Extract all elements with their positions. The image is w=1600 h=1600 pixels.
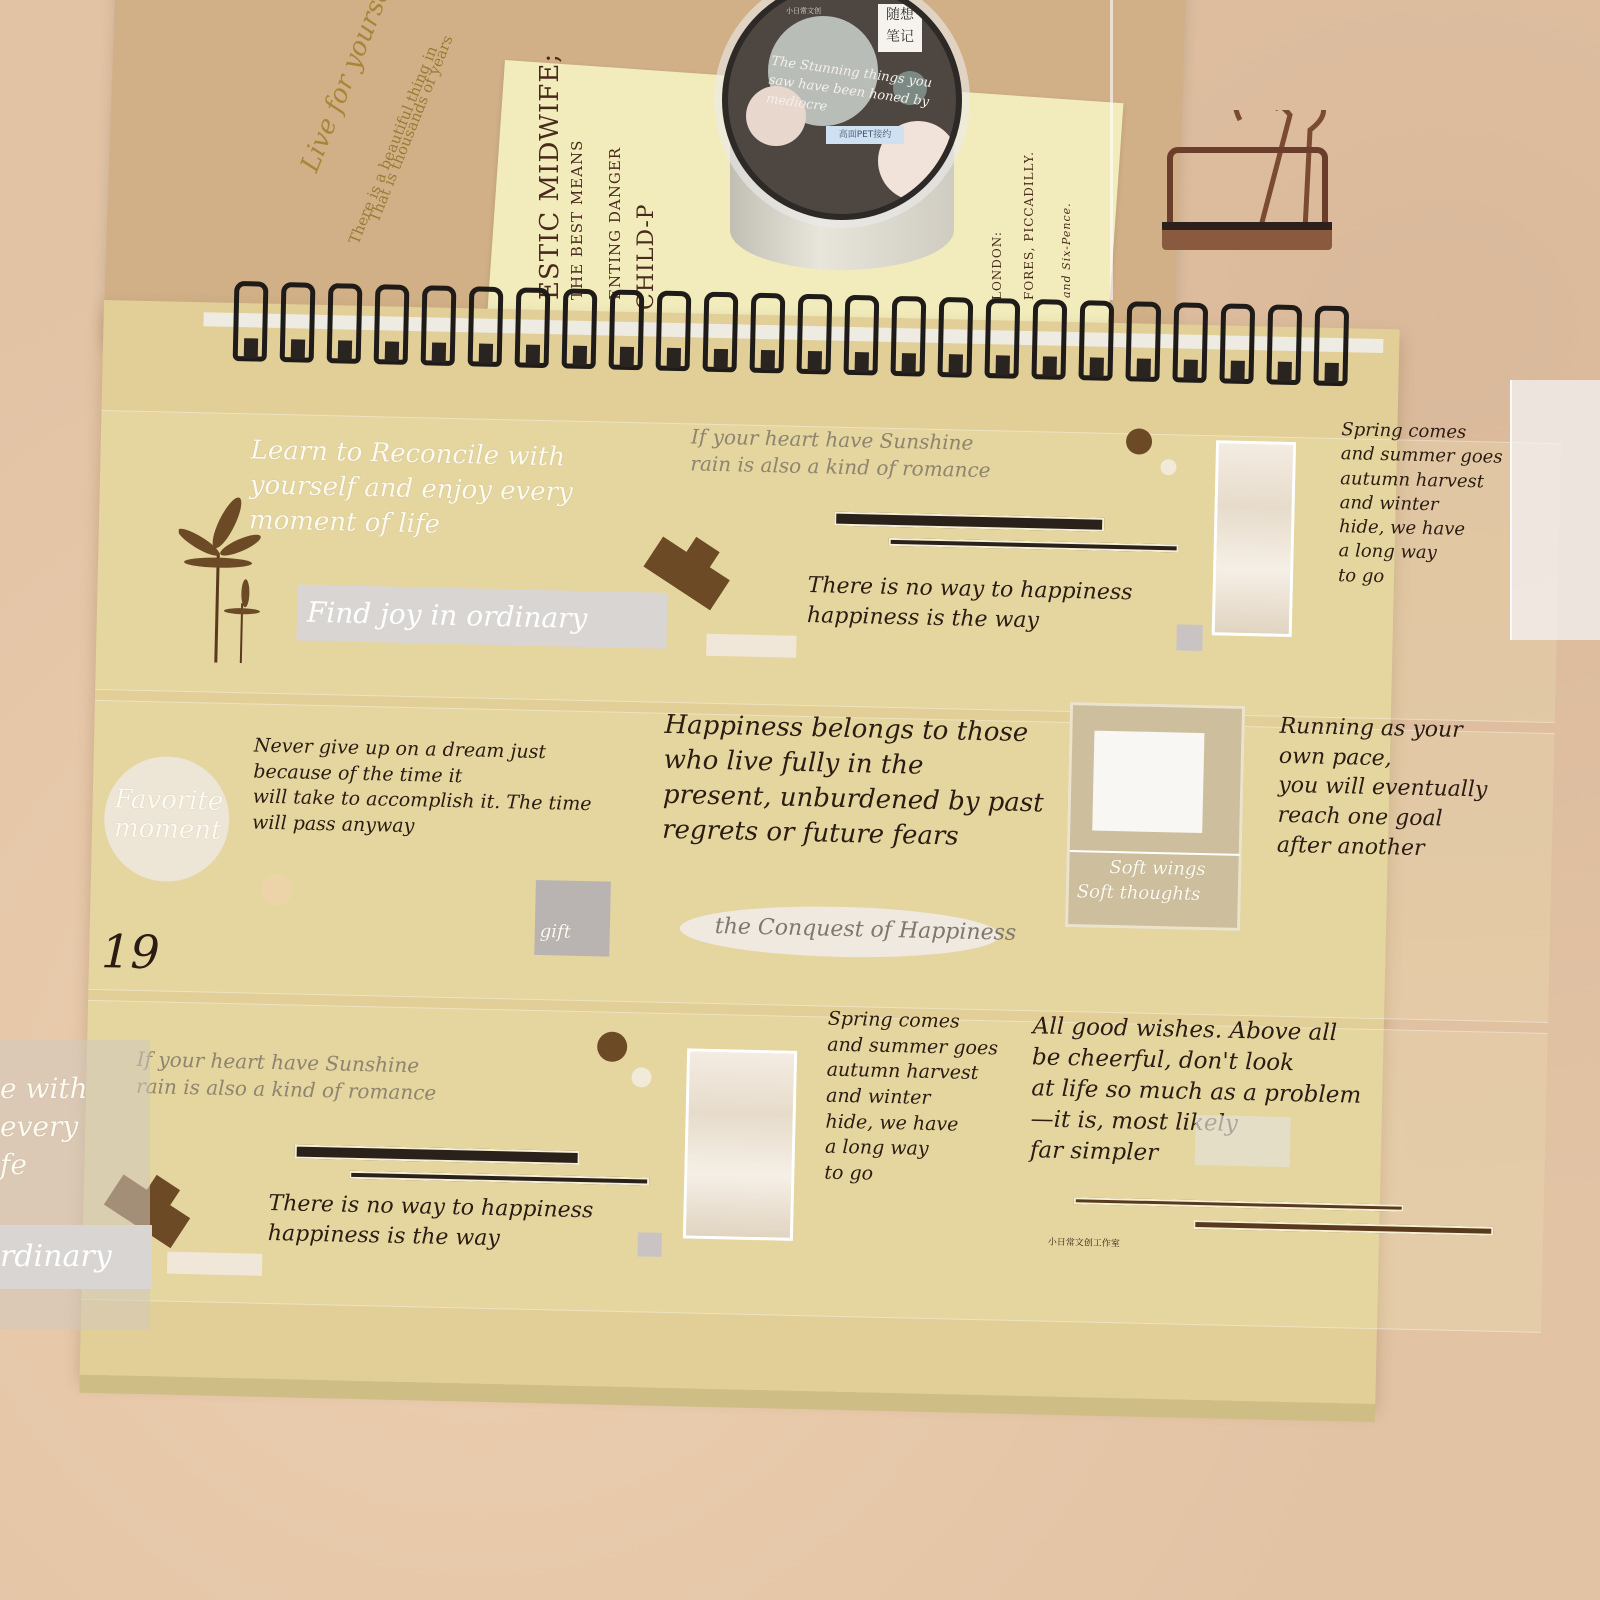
number-nineteen: 19 <box>101 920 161 983</box>
coil-icon <box>797 294 833 375</box>
coil-icon <box>233 281 269 362</box>
coil-icon <box>843 295 879 376</box>
coil-icon <box>609 289 645 370</box>
gift-box-sticker: gift <box>534 880 611 957</box>
card-line-best-means: THE BEST MEANS <box>568 140 586 300</box>
decor-dot <box>898 0 906 2</box>
spring-sticker-row3: Spring comes and summer goes autumn harv… <box>824 1007 999 1190</box>
washi-tape-roll: 小日常文创 随想 笔记 The Stunning things you saw … <box>722 0 962 270</box>
spring-sticker: Spring comes and summer goes autumn harv… <box>1338 418 1504 592</box>
spiral-notebook: Learn to Reconcile with yourself and enj… <box>80 300 1400 1404</box>
card-line-sixpence: and Six-Pence. <box>1060 202 1073 298</box>
coil-icon <box>1172 302 1208 383</box>
left-overflow-text: e with every fe <box>0 1070 88 1183</box>
coil-icon <box>750 293 786 374</box>
coil-icon <box>656 291 692 372</box>
card-line-danger: ENTING DANGER <box>606 147 624 300</box>
favorite-moment-text: Favorite moment <box>114 785 224 845</box>
soft-wings-card: Soft wings Soft thoughts <box>1065 702 1245 931</box>
roll-pet-badge: 高面PET接约 <box>826 126 904 144</box>
coil-icon <box>1313 305 1349 386</box>
coil-icon <box>562 288 598 369</box>
coil-icon <box>515 287 551 368</box>
coil-icon <box>703 292 739 373</box>
coil-icon <box>1219 303 1255 384</box>
coil-icon <box>984 298 1020 379</box>
grey-square <box>1176 624 1203 651</box>
tape-end-right <box>1510 380 1600 640</box>
coil-icon <box>468 286 504 367</box>
card-title: ESTIC MIDWIFE; <box>535 53 565 300</box>
cream-chip-row3 <box>167 1252 262 1276</box>
gift-label: gift <box>539 920 571 945</box>
wave-pattern-card <box>1212 440 1296 637</box>
coil-icon <box>1078 300 1114 381</box>
coil-icon <box>1266 304 1302 385</box>
coil-icon <box>327 283 363 364</box>
no-way-sticker-row3: There is no way to happiness happiness i… <box>268 1189 594 1256</box>
studio-credit: 小日常文创工作室 <box>1048 1237 1120 1251</box>
never-give-up-sticker: Never give up on a dream just because of… <box>252 734 593 844</box>
no-way-sticker: There is no way to happiness happiness i… <box>807 571 1133 638</box>
card-line-london: LONDON: <box>990 231 1004 300</box>
coil-icon <box>1031 299 1067 380</box>
coil-icon <box>280 282 316 363</box>
coil-icon <box>937 297 973 378</box>
find-joy-label: Find joy in ordinary <box>296 584 667 648</box>
grey-square-row3 <box>637 1232 662 1257</box>
soft-wings-text: Soft wings <box>1109 856 1206 882</box>
roll-brand: 小日常文创 <box>786 6 821 16</box>
sunshine-sticker: If your heart have Sunshine rain is also… <box>690 423 991 484</box>
happiness-belongs-sticker: Happiness belongs to those who live full… <box>662 708 1046 857</box>
reconcile-sticker: Learn to Reconcile with yourself and enj… <box>249 433 574 546</box>
frame-line <box>1070 850 1240 856</box>
binder-clip-icon <box>1140 110 1340 260</box>
coil-icon <box>1125 301 1161 382</box>
card-line-piccadilly: FORES, PICCADILLY. <box>1022 151 1036 300</box>
sunshine-sticker-row3: If your heart have Sunshine rain is also… <box>136 1046 437 1107</box>
cream-chip <box>706 634 796 658</box>
coil-icon <box>421 285 457 366</box>
photo-frame <box>1092 731 1204 833</box>
soft-thoughts-text: Soft thoughts <box>1077 880 1201 907</box>
coil-icon <box>890 296 926 377</box>
wave-pattern-card-row3 <box>683 1048 797 1240</box>
translucent-chip <box>1195 1115 1291 1167</box>
coil-icon <box>374 284 410 365</box>
running-sticker: Running as your own pace, you will event… <box>1277 712 1489 865</box>
left-overflow-label: rdinary <box>0 1225 152 1289</box>
roll-title-label: 随想 笔记 <box>878 4 922 52</box>
